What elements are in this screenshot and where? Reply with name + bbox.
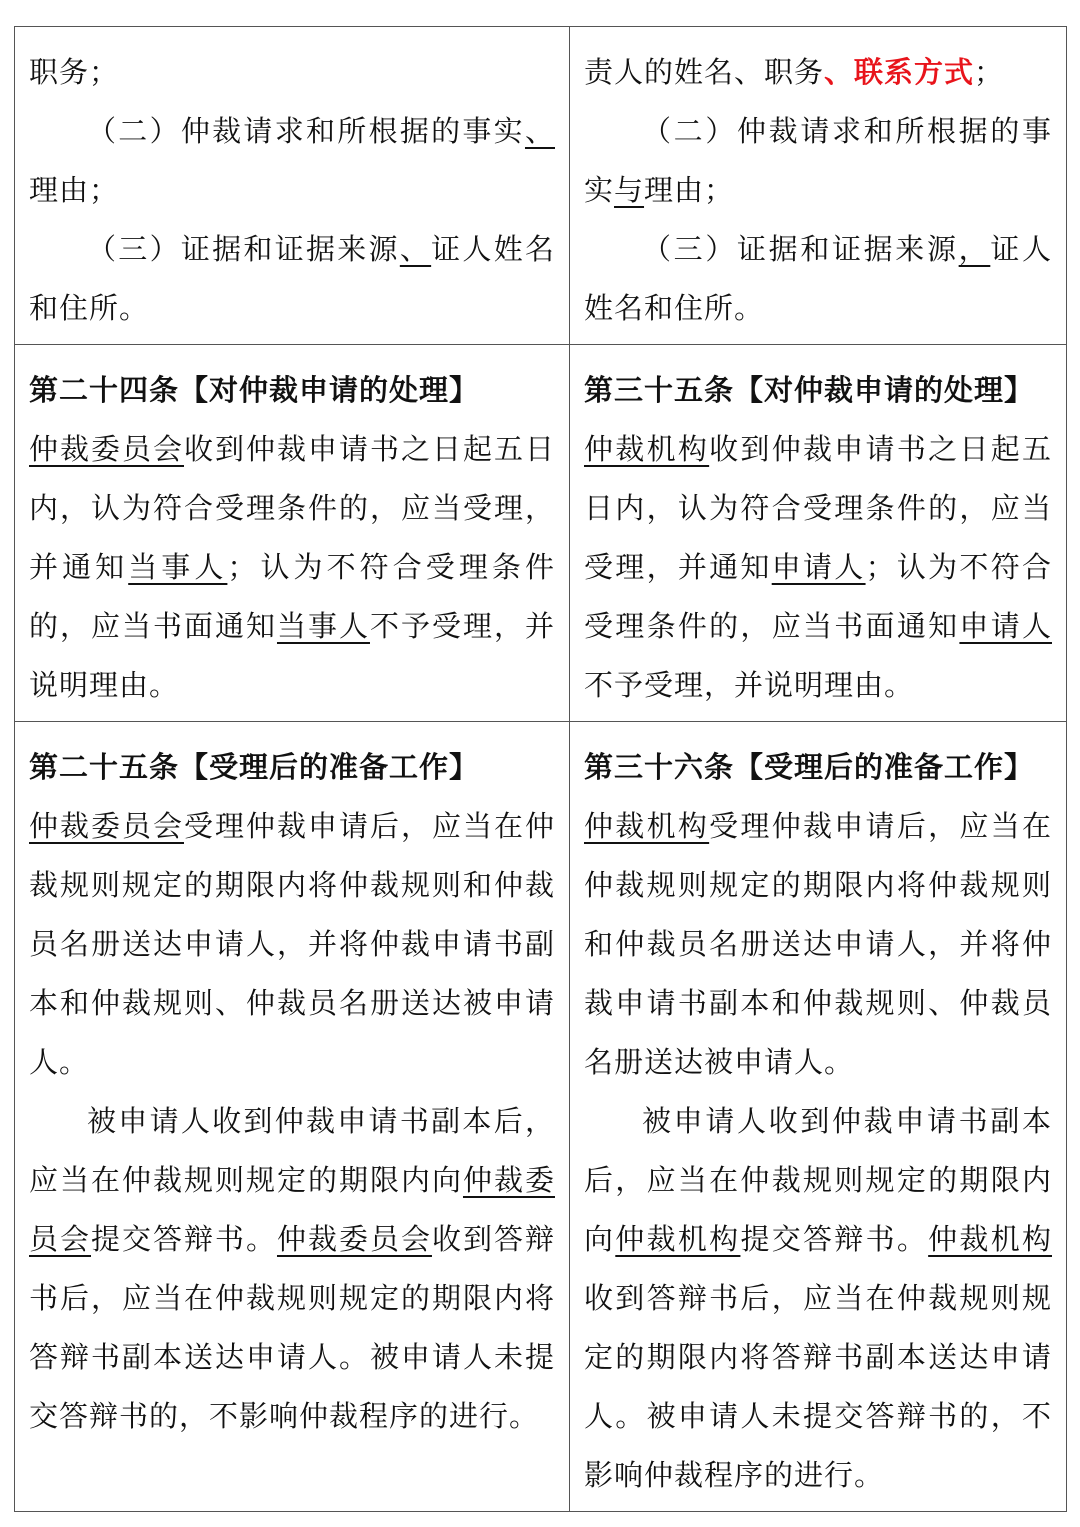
changed-text: 仲裁机构 <box>928 1222 1052 1256</box>
changed-text: 申请人 <box>959 609 1052 643</box>
added-text-red: 、联系方式 <box>824 55 974 89</box>
changed-text: 仲裁机构 <box>584 432 709 466</box>
paragraph: 责人的姓名、职务、联系方式； <box>584 43 1052 102</box>
table-row: 职务； （二）仲裁请求和所根据的事实、理由； （三）证据和证据来源、证人姓名和住… <box>15 27 1067 345</box>
changed-text: 当事人 <box>277 609 370 643</box>
paragraph: （三）证据和证据来源、证人姓名和住所。 <box>29 220 555 338</box>
paragraph: （二）仲裁请求和所根据的事实、理由； <box>29 102 555 220</box>
article-heading: 第二十四条【对仲裁申请的处理】 <box>29 361 555 420</box>
law-comparison-table: 职务； （二）仲裁请求和所根据的事实、理由； （三）证据和证据来源、证人姓名和住… <box>14 26 1067 1512</box>
changed-text: 与 <box>614 173 644 207</box>
article-heading: 第三十六条【受理后的准备工作】 <box>584 738 1052 797</box>
changed-text: 当事人 <box>128 550 227 584</box>
changed-text: ， <box>959 232 991 266</box>
changed-text: 仲裁委员会 <box>277 1222 432 1256</box>
changed-text: 仲裁委员会 <box>29 809 184 843</box>
article-heading: 第二十五条【受理后的准备工作】 <box>29 738 555 797</box>
old-law-cell: 第二十四条【对仲裁申请的处理】 仲裁委员会收到仲裁申请书之日起五日内，认为符合受… <box>15 345 570 722</box>
new-law-cell: 第三十五条【对仲裁申请的处理】 仲裁机构收到仲裁申请书之日起五日内，认为符合受理… <box>570 345 1067 722</box>
paragraph: 被申请人收到仲裁申请书副本后，应当在仲裁规则规定的期限内向仲裁机构提交答辩书。仲… <box>584 1092 1052 1505</box>
paragraph: 仲裁委员会收到仲裁申请书之日起五日内，认为符合受理条件的，应当受理，并通知当事人… <box>29 420 555 715</box>
changed-text: 申请人 <box>772 550 866 584</box>
paragraph: 职务； <box>29 43 555 102</box>
changed-text: 、 <box>400 232 431 266</box>
changed-text: 仲裁机构 <box>584 809 709 843</box>
paragraph: 仲裁委员会受理仲裁申请后，应当在仲裁规则规定的期限内将仲裁规则和仲裁员名册送达申… <box>29 797 555 1092</box>
paragraph: 被申请人收到仲裁申请书副本后，应当在仲裁规则规定的期限内向仲裁委员会提交答辩书。… <box>29 1092 555 1446</box>
changed-text: 仲裁委员会 <box>29 432 184 466</box>
old-law-cell: 职务； （二）仲裁请求和所根据的事实、理由； （三）证据和证据来源、证人姓名和住… <box>15 27 570 345</box>
table-row: 第二十四条【对仲裁申请的处理】 仲裁委员会收到仲裁申请书之日起五日内，认为符合受… <box>15 345 1067 722</box>
old-law-cell: 第二十五条【受理后的准备工作】 仲裁委员会受理仲裁申请后，应当在仲裁规则规定的期… <box>15 722 570 1512</box>
changed-text: 仲裁机构 <box>615 1222 740 1256</box>
table-row: 第二十五条【受理后的准备工作】 仲裁委员会受理仲裁申请后，应当在仲裁规则规定的期… <box>15 722 1067 1512</box>
new-law-cell: 责人的姓名、职务、联系方式； （二）仲裁请求和所根据的事实与理由； （三）证据和… <box>570 27 1067 345</box>
new-law-cell: 第三十六条【受理后的准备工作】 仲裁机构受理仲裁申请后，应当在仲裁规则规定的期限… <box>570 722 1067 1512</box>
article-heading: 第三十五条【对仲裁申请的处理】 <box>584 361 1052 420</box>
paragraph: 仲裁机构受理仲裁申请后，应当在仲裁规则规定的期限内将仲裁规则和仲裁员名册送达申请… <box>584 797 1052 1092</box>
paragraph: （二）仲裁请求和所根据的事实与理由； <box>584 102 1052 220</box>
paragraph: （三）证据和证据来源，证人姓名和住所。 <box>584 220 1052 338</box>
paragraph: 仲裁机构收到仲裁申请书之日起五日内，认为符合受理条件的，应当受理，并通知申请人；… <box>584 420 1052 715</box>
changed-text: 、 <box>525 114 555 148</box>
